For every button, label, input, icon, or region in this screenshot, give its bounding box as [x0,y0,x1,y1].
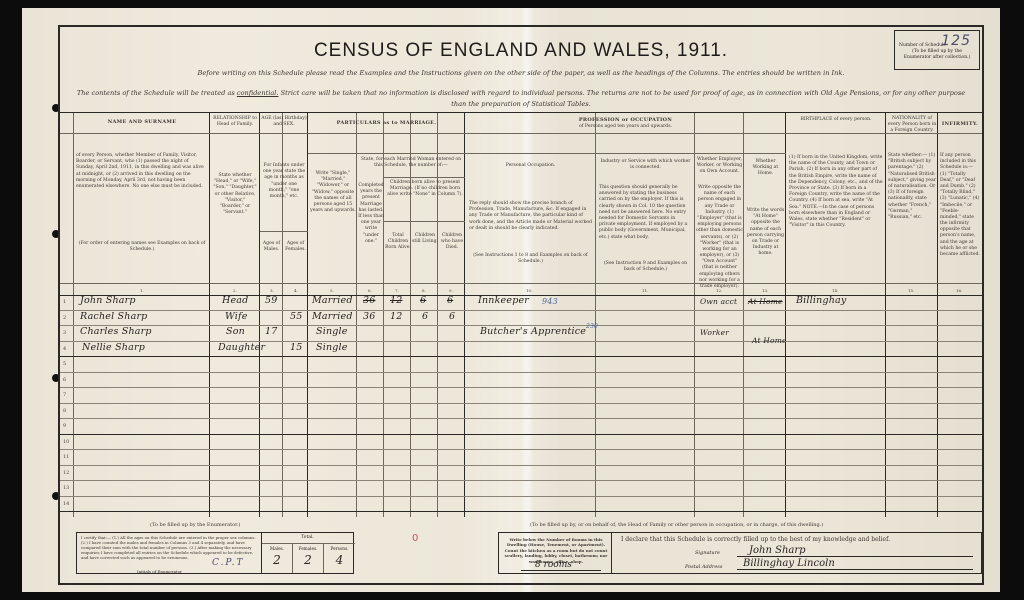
person-occupation: Butcher's Apprentice [480,326,586,337]
person-relationship: Son [226,326,245,337]
column-number: 2. [233,288,237,293]
header-divider [308,153,465,154]
row-number: 14 [63,501,69,507]
header-age-desc: For Infants under one year state the age… [262,163,306,200]
occupation-code: 943 [542,297,558,306]
head-of-family-heading: (To be filled up by, or on behalf of, th… [530,522,823,528]
column-number: 12. [716,288,722,293]
row-number: 2 [63,315,66,321]
schedule-number-box: 125 Number of Schedule (To be filled up … [894,30,980,70]
row-number: 10 [63,439,69,445]
person-condition: Married [312,311,353,322]
column-number: 3. [270,288,274,293]
header-birthplace: BIRTHPLACE of every person. [786,117,886,123]
total-persons: Persons. 4 [324,543,355,573]
person-age-male: 17 [265,326,278,337]
header-divider [260,231,308,232]
header-birthplace-desc: (1) If born in the United Kingdom, write… [789,155,884,229]
person-years-married: 36 [363,295,376,306]
header-industry-note: (See Instruction 9 and Examples on back … [599,261,692,273]
header-divider [465,153,786,154]
household-table: NAME AND SURNAME of every Person, whethe… [60,112,982,517]
column-number: 7. [395,288,399,293]
enumerator-initials-label: Initials of Enumerator [137,569,182,574]
person-condition: Married [312,295,353,306]
header-age-males: Ages of Males. [260,241,283,253]
header-at-home-desc: Write the words "At Home" opposite the n… [746,208,785,258]
header-divider [60,133,982,134]
header-name: NAME AND SURNAME [74,119,210,126]
column-number: 6. [368,288,372,293]
person-employment: Worker [700,328,729,337]
row-number: 4 [63,346,66,352]
table-row: 4 Nellie Sharp Daughter 15 Single [60,342,982,358]
table-row: 2 Rachel Sharp Wife 55 Married 36 12 6 6 [60,311,982,327]
person-children-total: 12 [390,295,403,306]
header-children-died: Children who have Died. [439,233,465,252]
document-title: CENSUS OF ENGLAND AND WALES, 1911. [60,40,982,62]
total-persons-value: 4 [324,553,355,567]
schedule-number-value: 125 [941,32,971,50]
totals-heading: Total. [262,535,353,540]
header-personal-occupation: Personal Occupation. [467,163,594,169]
header-condition-desc: Write "Single," "Married," "Widower," or… [310,171,356,214]
column-number: 9. [449,288,453,293]
row-number: 3 [63,330,66,336]
person-years-married: 36 [363,311,376,322]
row-number: 9 [63,423,66,429]
column-number: 1. [140,288,144,293]
occupation-code: 230 [586,323,598,330]
person-name: John Sharp [80,295,136,306]
column-number: 16. [956,288,962,293]
table-row: 7 [60,388,982,404]
row-number: 13 [63,485,69,491]
person-condition: Single [316,326,348,337]
header-relationship-desc: State whether "Head," or "Wife," "Son," … [212,173,258,216]
enumerator-certificate: I certify that:— (1.) All the ages on th… [76,532,354,574]
header-children-total: Total Children Born Alive. [385,233,411,252]
column-number: 10. [526,288,532,293]
confidential-notice-line2: than the preparation of Statistical Tabl… [60,100,982,108]
person-relationship: Daughter [218,342,265,353]
header-industry-desc: This question should generally be answer… [599,185,692,241]
table-row: 8 [60,404,982,420]
head-of-family-declaration: Write below the Number of Rooms in this … [498,532,982,574]
header-nationality-desc: State whether:— (1) "British subject by … [888,153,936,221]
header-personal-occupation-note: (See Instructions 1 to 8 and Examples on… [469,253,592,265]
person-birthplace: Billinghay [796,295,846,306]
table-row: 10 [60,435,982,451]
confidential-notice: The contents of the Schedule will be tre… [60,89,982,97]
person-children-living: 6 [422,311,428,322]
header-nationality: NATIONALITY of every Person born in a Fo… [886,116,938,135]
postal-address-label: Postal Address [685,564,722,570]
person-name: Nellie Sharp [82,342,145,353]
schedule-number-note: (To be filled up by the Enumerator after… [899,49,975,61]
header-employment: Whether Employer, Worker, or Working on … [696,157,743,176]
column-number: 15. [908,288,914,293]
row-number: 8 [63,408,66,414]
row-number: 12 [63,470,69,476]
header-married-women: State, for each Married Woman entered on… [359,157,463,169]
row-number: 5 [63,361,66,367]
header-age: AGE (last Birthday) and SEX. [260,116,308,128]
table-row: 9 [60,419,982,435]
person-age-female: 55 [290,311,303,322]
table-row: 12 [60,466,982,482]
header-years-married: Completed years the present Marriage has… [358,183,384,245]
table-row: 6 [60,373,982,389]
person-at-home: At Home [748,297,783,306]
schedule-frame: CENSUS OF ENGLAND AND WALES, 1911. Befor… [58,25,984,585]
person-age-male: 59 [265,295,278,306]
total-males: Males. 2 [262,543,293,573]
header-children-living: Children still Living. [412,233,438,245]
census-schedule-page: CENSUS OF ENGLAND AND WALES, 1911. Befor… [22,8,1000,592]
totals-box: Total. Males. 2 Females. 2 Persons. 4 [261,533,353,573]
total-females-label: Females. [293,544,323,551]
declaration-text: I declare that this Schedule is correctl… [621,536,890,543]
table-row: 3 Charles Sharp Son 17 Single Butcher's … [60,326,982,342]
person-age-female: 15 [290,342,303,353]
enumerator-certify-text: I certify that:— (1.) All the ages on th… [81,535,257,560]
person-condition: Single [316,342,348,353]
total-males-value: 2 [262,553,292,567]
person-children-total: 12 [390,311,403,322]
header-divider [384,177,465,178]
person-relationship: Wife [225,311,248,322]
person-employment: Own acct [700,297,737,306]
person-name: Rachel Sharp [80,311,147,322]
table-row: 11 [60,450,982,466]
confidential-rest: Strict care will be taken that no inform… [281,89,966,97]
total-persons-label: Persons. [324,544,355,551]
signature-label: Signature [695,550,720,556]
header-divider [60,283,982,284]
header-relationship: RELATIONSHIP to Head of Family. [210,116,260,128]
header-name-note: (For order of entering names see Example… [76,241,208,253]
total-females: Females. 2 [293,543,324,573]
header-children-born: Children born alive to present Marriage.… [385,180,465,199]
margin-mark: 0 [412,533,418,544]
column-number: 14. [832,288,838,293]
rooms-section: Write below the Number of Rooms in this … [499,533,612,573]
column-number: 13. [762,288,768,293]
table-row: 14 [60,497,982,513]
header-age-females: Ages of Females. [283,241,308,253]
person-children-died: 6 [447,295,453,306]
header-marriage: PARTICULARS as to MARRIAGE. [308,120,465,127]
row-number: 6 [63,377,66,383]
table-row: 5 [60,357,982,373]
header-at-home: Whether Working at Home. [746,159,785,178]
person-children-living: 6 [420,295,426,306]
total-females-value: 2 [293,553,323,567]
row-number: 1 [63,299,66,305]
person-relationship: Head [222,295,248,306]
header-infirmity-desc: If any person included in this Schedule … [940,153,980,258]
person-occupation: Innkeeper [478,295,529,306]
row-number: 11 [63,454,69,460]
header-occupation: PROFESSION or OCCUPATIONof Persons aged … [465,117,786,130]
header-infirmity: INFIRMITY. [938,121,982,128]
confidential-prefix: The contents of the Schedule will be tre… [77,89,235,97]
table-row: 1 John Sharp Head 59 Married 36 12 6 6 I… [60,295,982,311]
column-number: 8. [422,288,426,293]
enumerator-heading: (To be filled up by the Enumerator.) [150,522,241,528]
header-personal-occupation-desc: The reply should show the precise branch… [469,201,592,232]
confidential-word: confidential. [237,89,279,97]
person-children-died: 6 [449,311,455,322]
row-number: 7 [63,392,66,398]
column-number: 4. [294,288,298,293]
column-number: 5. [330,288,334,293]
enumerator-initials: C.P.T [212,558,245,568]
postal-address-value: Billinghay Lincoln [737,558,973,570]
person-name: Charles Sharp [80,326,152,337]
header-divider [384,221,465,222]
header-employment-desc: Write opposite the name of each person e… [696,185,743,290]
total-males-label: Males. [262,544,292,551]
table-row: 13 [60,481,982,497]
column-number: 11. [642,288,648,293]
rooms-value: 8 rooms [521,560,601,571]
instruction-line: Before writing on this Schedule please r… [60,69,982,77]
header-name-desc: of every Person, whether Member of Famil… [76,153,208,190]
header-industry: Industry or Service with which worker is… [598,159,693,171]
signature-value: John Sharp [737,545,973,557]
